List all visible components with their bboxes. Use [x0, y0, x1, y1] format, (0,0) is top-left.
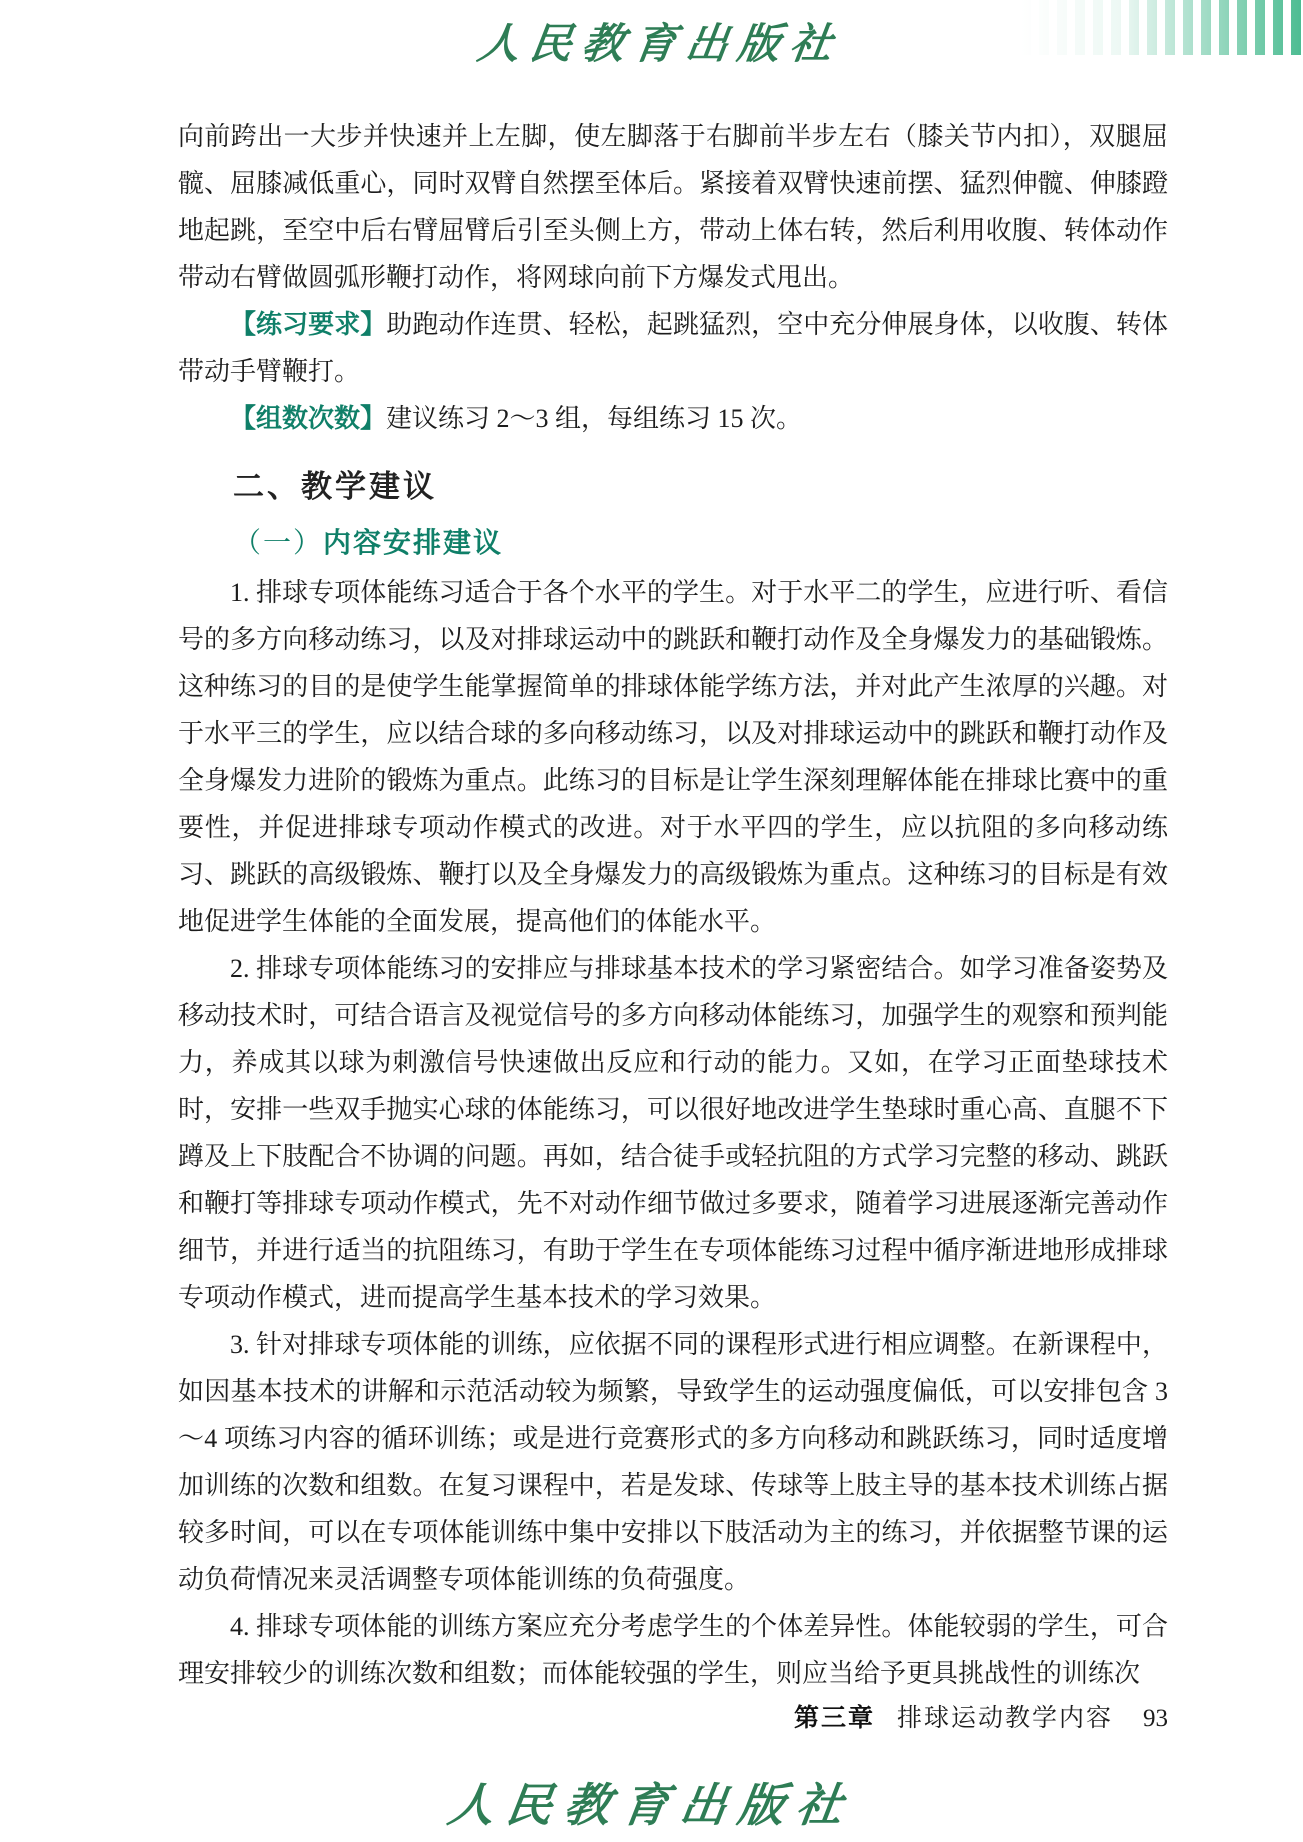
paragraph-4: 4. 排球专项体能的训练方案应充分考虑学生的个体差异性。体能较弱的学生，可合理安… [178, 1603, 1168, 1697]
subsection-number: （一） [233, 528, 323, 559]
footer-chapter-label: 第三章 [794, 1704, 875, 1732]
paragraph-continuation: 向前跨出一大步并快速并上左脚，使左脚落于右脚前半步左右（膝关节内扣），双腿屈髋、… [178, 113, 1168, 301]
sets-reps-paragraph: 【组数次数】建议练习 2～3 组，每组练习 15 次。 [178, 395, 1168, 442]
paragraph-1: 1. 排球专项体能练习适合于各个水平的学生。对于水平二的学生，应进行听、看信号的… [178, 569, 1168, 945]
decorative-gradient-bars [1021, 0, 1303, 55]
running-footer: 第三章排球运动教学内容93 [178, 1698, 1168, 1739]
page-content: 向前跨出一大步并快速并上左脚，使左脚落于右脚前半步左右（膝关节内扣），双腿屈髋、… [178, 113, 1168, 1697]
publisher-logo-top: 人民教育出版社 [466, 14, 854, 74]
practice-requirements-label: 【练习要求】 [230, 309, 386, 339]
footer-chapter-title: 排球运动教学内容 [897, 1705, 1113, 1732]
subsection-title: 内容安排建议 [323, 527, 503, 558]
sets-reps-label: 【组数次数】 [230, 403, 386, 433]
footer-page-number: 93 [1143, 1705, 1168, 1732]
section-heading: 二、教学建议 [233, 460, 1168, 514]
publisher-logo-bottom: 人民教育出版社 [0, 1772, 1303, 1838]
paragraph-2: 2. 排球专项体能练习的安排应与排球基本技术的学习紧密结合。如学习准备姿势及移动… [178, 945, 1168, 1321]
subsection-heading: （一）内容安排建议 [233, 518, 1168, 569]
sets-reps-text: 建议练习 2～3 组，每组练习 15 次。 [386, 404, 802, 433]
paragraph-3: 3. 针对排球专项体能的训练，应依据不同的课程形式进行相应调整。在新课程中，如因… [178, 1321, 1168, 1603]
practice-requirements-paragraph: 【练习要求】助跑动作连贯、轻松，起跳猛烈，空中充分伸展身体，以收腹、转体带动手臂… [178, 301, 1168, 395]
